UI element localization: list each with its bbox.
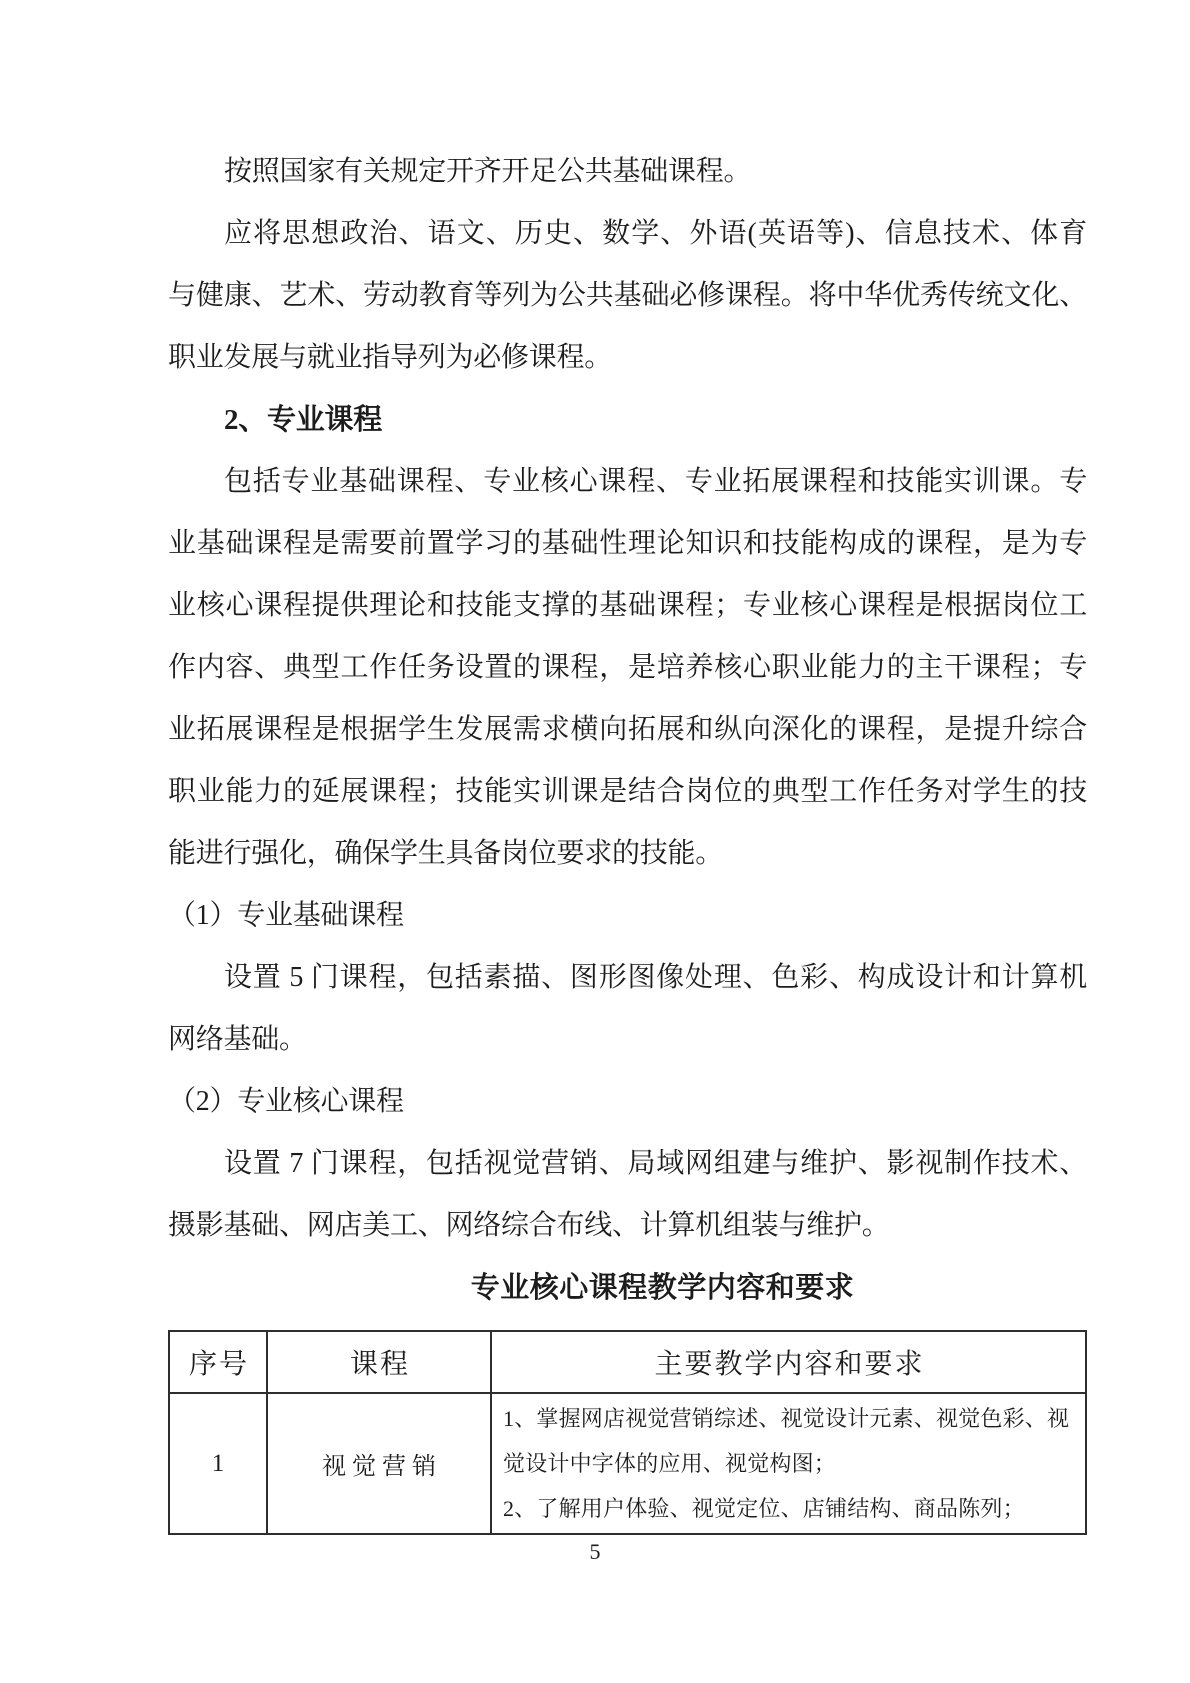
text-line: 职业能力的延展课程；技能实训课是结合岗位的典型工作任务对学生的技	[168, 761, 1087, 823]
text-line: 能进行强化，确保学生具备岗位要求的技能。	[168, 823, 1087, 885]
course-table: 序号 课程 主要教学内容和要求 1 视觉营销 1、掌握网店视觉营销综述、视觉设计…	[168, 1330, 1087, 1535]
text-line: 设置 7 门课程，包括视觉营销、局域网组建与维护、影视制作技术、	[168, 1133, 1087, 1195]
text-line: 摄影基础、网店美工、网络综合布线、计算机组装与维护。	[168, 1195, 1087, 1257]
table-title: 专业核心课程教学内容和要求	[168, 1257, 1087, 1319]
table-header-row: 序号 课程 主要教学内容和要求	[169, 1331, 1086, 1393]
header-cell-index: 序号	[169, 1331, 267, 1393]
page-content: 按照国家有关规定开齐开足公共基础课程。应将思想政治、语文、历史、数学、外语(英语…	[168, 141, 1087, 1535]
text-line: （1）专业基础课程	[168, 885, 1087, 947]
requirement-item: 2、了解用户体验、视觉定位、店铺结构、商品陈列；	[503, 1486, 1071, 1531]
paragraph-flow: 按照国家有关规定开齐开足公共基础课程。应将思想政治、语文、历史、数学、外语(英语…	[168, 141, 1087, 1257]
page-number: 5	[0, 1537, 1190, 1567]
text-line: 网络基础。	[168, 1009, 1087, 1071]
paragraph: 按照国家有关规定开齐开足公共基础课程。	[168, 141, 1087, 203]
text-line: 设置 5 门课程，包括素描、图形图像处理、色彩、构成设计和计算机	[168, 947, 1087, 1009]
table-row: 1 视觉营销 1、掌握网店视觉营销综述、视觉设计元素、视觉色彩、视觉设计中字体的…	[169, 1393, 1086, 1534]
header-cell-course: 课程	[267, 1331, 491, 1393]
paragraph: （1）专业基础课程	[168, 885, 1087, 947]
paragraph: 2、专业课程	[168, 389, 1087, 451]
paragraph: 设置 5 门课程，包括素描、图形图像处理、色彩、构成设计和计算机网络基础。	[168, 947, 1087, 1071]
text-line: 按照国家有关规定开齐开足公共基础课程。	[168, 141, 1087, 203]
paragraph: 包括专业基础课程、专业核心课程、专业拓展课程和技能实训课。专业基础课程是需要前置…	[168, 451, 1087, 885]
text-line: 2、专业课程	[168, 389, 1087, 451]
text-line: （2）专业核心课程	[168, 1071, 1087, 1133]
text-line: 业核心课程提供理论和技能支撑的基础课程；专业核心课程是根据岗位工	[168, 575, 1087, 637]
header-cell-requirements: 主要教学内容和要求	[491, 1331, 1086, 1393]
text-line: 包括专业基础课程、专业核心课程、专业拓展课程和技能实训课。专	[168, 451, 1087, 513]
text-line: 作内容、典型工作任务设置的课程，是培养核心职业能力的主干课程；专	[168, 637, 1087, 699]
paragraph: （2）专业核心课程	[168, 1071, 1087, 1133]
text-line: 职业发展与就业指导列为必修课程。	[168, 327, 1087, 389]
requirement-item: 1、掌握网店视觉营销综述、视觉设计元素、视觉色彩、视觉设计中字体的应用、视觉构图…	[503, 1396, 1071, 1486]
row-index-cell: 1	[169, 1393, 267, 1534]
text-line: 业基础课程是需要前置学习的基础性理论知识和技能构成的课程，是为专	[168, 513, 1087, 575]
text-line: 应将思想政治、语文、历史、数学、外语(英语等)、信息技术、体育	[168, 203, 1087, 265]
course-name-cell: 视觉营销	[267, 1393, 491, 1534]
requirements-cell: 1、掌握网店视觉营销综述、视觉设计元素、视觉色彩、视觉设计中字体的应用、视觉构图…	[491, 1393, 1086, 1534]
text-line: 业拓展课程是根据学生发展需求横向拓展和纵向深化的课程，是提升综合	[168, 699, 1087, 761]
paragraph: 设置 7 门课程，包括视觉营销、局域网组建与维护、影视制作技术、摄影基础、网店美…	[168, 1133, 1087, 1257]
document-page: 按照国家有关规定开齐开足公共基础课程。应将思想政治、语文、历史、数学、外语(英语…	[0, 0, 1190, 1683]
text-line: 与健康、艺术、劳动教育等列为公共基础必修课程。将中华优秀传统文化、	[168, 265, 1087, 327]
paragraph: 应将思想政治、语文、历史、数学、外语(英语等)、信息技术、体育与健康、艺术、劳动…	[168, 203, 1087, 389]
